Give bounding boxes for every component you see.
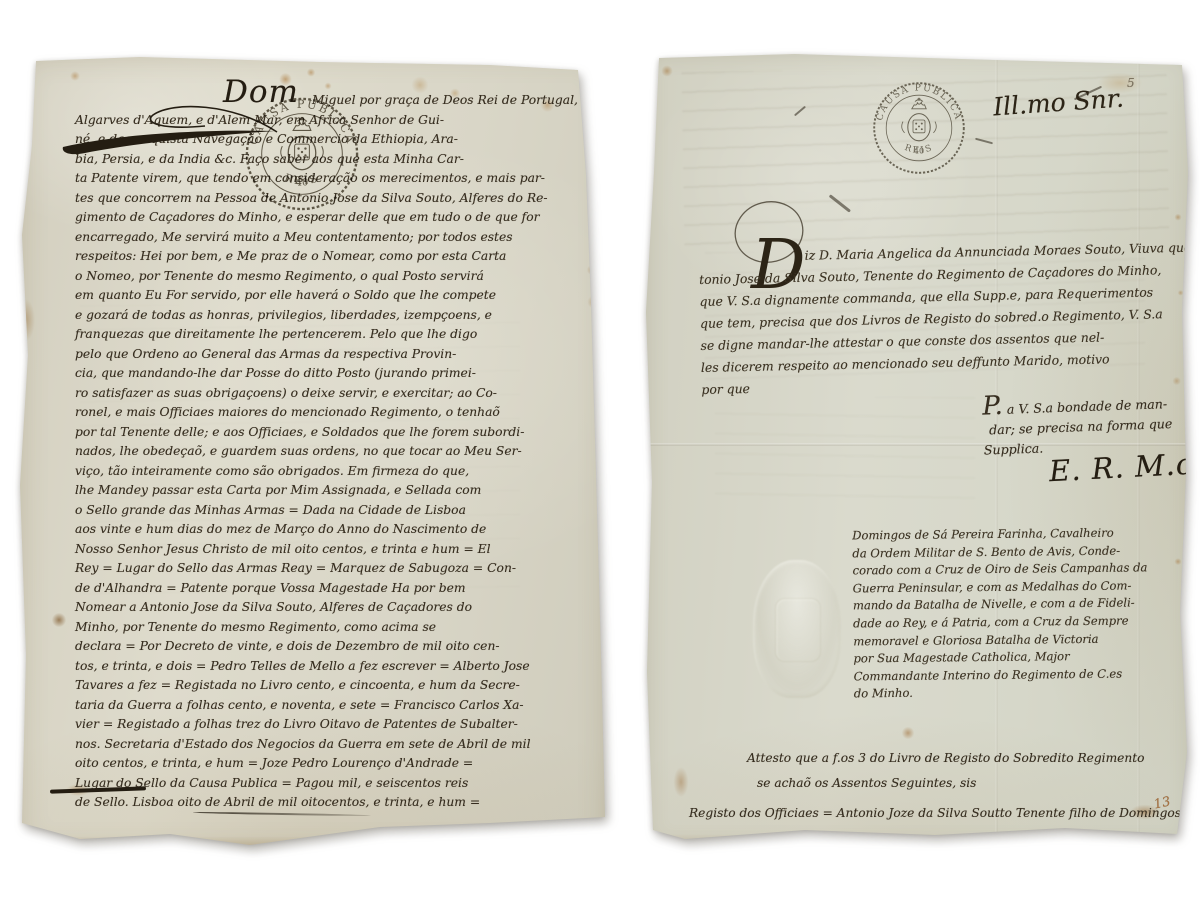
petition-paragraph: iz D. Maria Angelica da Annunciada Morae…	[698, 237, 1176, 401]
left-document-carta-patente: Dom Miguel por graça de Deos Rei de Port…	[20, 55, 606, 850]
manuscript-line: e gozará de todas as honras, privilegios…	[75, 306, 580, 326]
manuscript-line: Attesto que a f.os 3 do Livro de Registo…	[747, 746, 1185, 771]
manuscript-line: Nomear a Antonio Jose da Silva Souto, Al…	[75, 598, 580, 618]
manuscript-line: respeitos: Hei por bem, e Me praz de o N…	[75, 247, 580, 267]
royal-arms-shield	[902, 114, 937, 141]
embossed-dry-seal	[753, 560, 841, 698]
foxing-stain	[60, 63, 90, 89]
manuscript-line: de Sello. Lisboa oito de Abril de mil oi…	[75, 793, 580, 813]
registry-attestation: Attesto que a f.os 3 do Livro de Registo…	[645, 746, 1185, 826]
causa-publica-tax-stamp: CAUSA PUBLICA 40	[871, 80, 967, 176]
manuscript-line: Registo dos Officiaes = Antonio Joze da …	[689, 801, 1185, 826]
svg-text:CAUSA PUBLICA: CAUSA PUBLICA	[247, 98, 358, 147]
right-document-wrapper: 5 CAUSA PUBLICA	[645, 52, 1193, 848]
manuscript-line: dade ao Rey, e á Patria, com a Cruz da S…	[853, 613, 1123, 633]
manuscript-line: Rey = Lugar do Sello das Armas Reay = Ma…	[75, 559, 580, 579]
foxing-stain	[649, 56, 685, 86]
attestation-paragraph: Domingos de Sá Pereira Farinha, Cavalhei…	[852, 525, 1124, 704]
svg-text:REIS: REIS	[903, 143, 935, 156]
manuscript-line: Lugar do Sello da Causa Publica = Pagou …	[75, 774, 580, 794]
crown-icon	[912, 98, 926, 109]
embossed-crest	[775, 598, 821, 662]
aged-bottom-edge	[20, 836, 606, 850]
stamp-unit: REIS	[903, 143, 935, 156]
manuscript-line: oito centos, e trinta, e hum = Joze Pedr…	[75, 754, 580, 774]
stamp-unit: REIS	[283, 171, 321, 188]
manuscript-line: tos, e trinta, e dois = Pedro Telles de …	[75, 657, 580, 677]
show-through-texture	[715, 397, 975, 512]
manuscript-line: do Minho.	[854, 683, 1124, 703]
manuscript-line: Minho, por Tenente do mesmo Regimento, c…	[75, 618, 580, 638]
manuscript-line: nos. Secretaria d'Estado dos Negocios da…	[75, 735, 580, 755]
manuscript-line: Tavares a fez = Registada no Livro cento…	[75, 676, 580, 696]
crown-icon	[293, 117, 311, 130]
manuscript-line: em quanto Eu For servido, por elle haver…	[75, 286, 580, 306]
svg-text:REIS: REIS	[283, 171, 321, 188]
manuscript-line: Domingos de Sá Pereira Farinha, Cavalhei…	[852, 525, 1122, 545]
manuscript-line: por tal Tenente delle; e aos Officiaes, …	[75, 423, 580, 443]
manuscript-line: ro satisfazer as suas obrigaçoens) o dei…	[75, 384, 580, 404]
svg-text:CAUSA PUBLICA: CAUSA PUBLICA	[874, 82, 964, 122]
foxing-stain	[891, 718, 925, 748]
manuscript-line: nados, lhe obedeçaõ, e guardem suas orde…	[75, 442, 580, 462]
manuscript-line: encarregado, Me servirá muito a Meu cont…	[75, 228, 580, 248]
manuscript-line: o Nomeo, por Tenente do mesmo Regimento,…	[75, 267, 580, 287]
manuscript-line: Commandante Interino do Regimento de C.e…	[854, 665, 1124, 685]
manuscript-line: Nosso Senhor Jesus Christo de mil oito c…	[75, 540, 580, 560]
manuscript-line: pelo que Ordeno ao General das Armas da …	[75, 345, 580, 365]
stamp-ring-text: CAUSA PUBLICA	[874, 82, 964, 122]
manuscript-line: cia, que mandando-lhe dar Posse do ditto…	[75, 364, 580, 384]
manuscript-line: ronel, e mais Officiaes maiores do menci…	[75, 403, 580, 423]
corner-folio-number: 5	[1127, 76, 1135, 90]
stamp-ring-text: CAUSA PUBLICA	[247, 98, 358, 147]
royal-arms-shield	[281, 136, 323, 169]
manuscript-line: se achaõ os Assentos Seguintes, sis	[757, 771, 1185, 796]
right-document-petition: 5 CAUSA PUBLICA	[645, 52, 1193, 848]
manuscript-line: memoravel e Gloriosa Batalha de Victoria	[853, 630, 1123, 650]
aged-bottom-edge	[645, 834, 1193, 848]
manuscript-line: lhe Mandey passar esta Carta por Mim Ass…	[75, 481, 580, 501]
manuscript-line: declara = Por Decreto de vinte, e dois d…	[75, 637, 580, 657]
left-document-wrapper: Dom Miguel por graça de Deos Rei de Port…	[20, 55, 606, 850]
manuscript-lines: Algarves d'Aquem, e d'Alem Mar, em Afric…	[75, 111, 580, 813]
causa-publica-tax-stamp: CAUSA PUBLICA 40	[243, 95, 361, 213]
manuscript-line: vier = Registado a folhas trez do Livro …	[75, 715, 580, 735]
photo-of-two-manuscript-documents: Dom Miguel por graça de Deos Rei de Port…	[0, 0, 1200, 900]
manuscript-line: franquezas que direitamente lhe pertence…	[75, 325, 580, 345]
manuscript-line: aos vinte e hum dias do mez de Março do …	[75, 520, 580, 540]
foxing-stain	[14, 285, 44, 355]
manuscript-line: taria da Guerra a folhas cento, e novent…	[75, 696, 580, 716]
ink-stain	[44, 603, 74, 637]
manuscript-line: o Sello grande das Minhas Armas = Dada n…	[75, 501, 580, 521]
manuscript-line: viço, tão inteiramente como são obrigado…	[75, 462, 580, 482]
manuscript-line: de d'Alhandra = Patente porque Vossa Mag…	[75, 579, 580, 599]
